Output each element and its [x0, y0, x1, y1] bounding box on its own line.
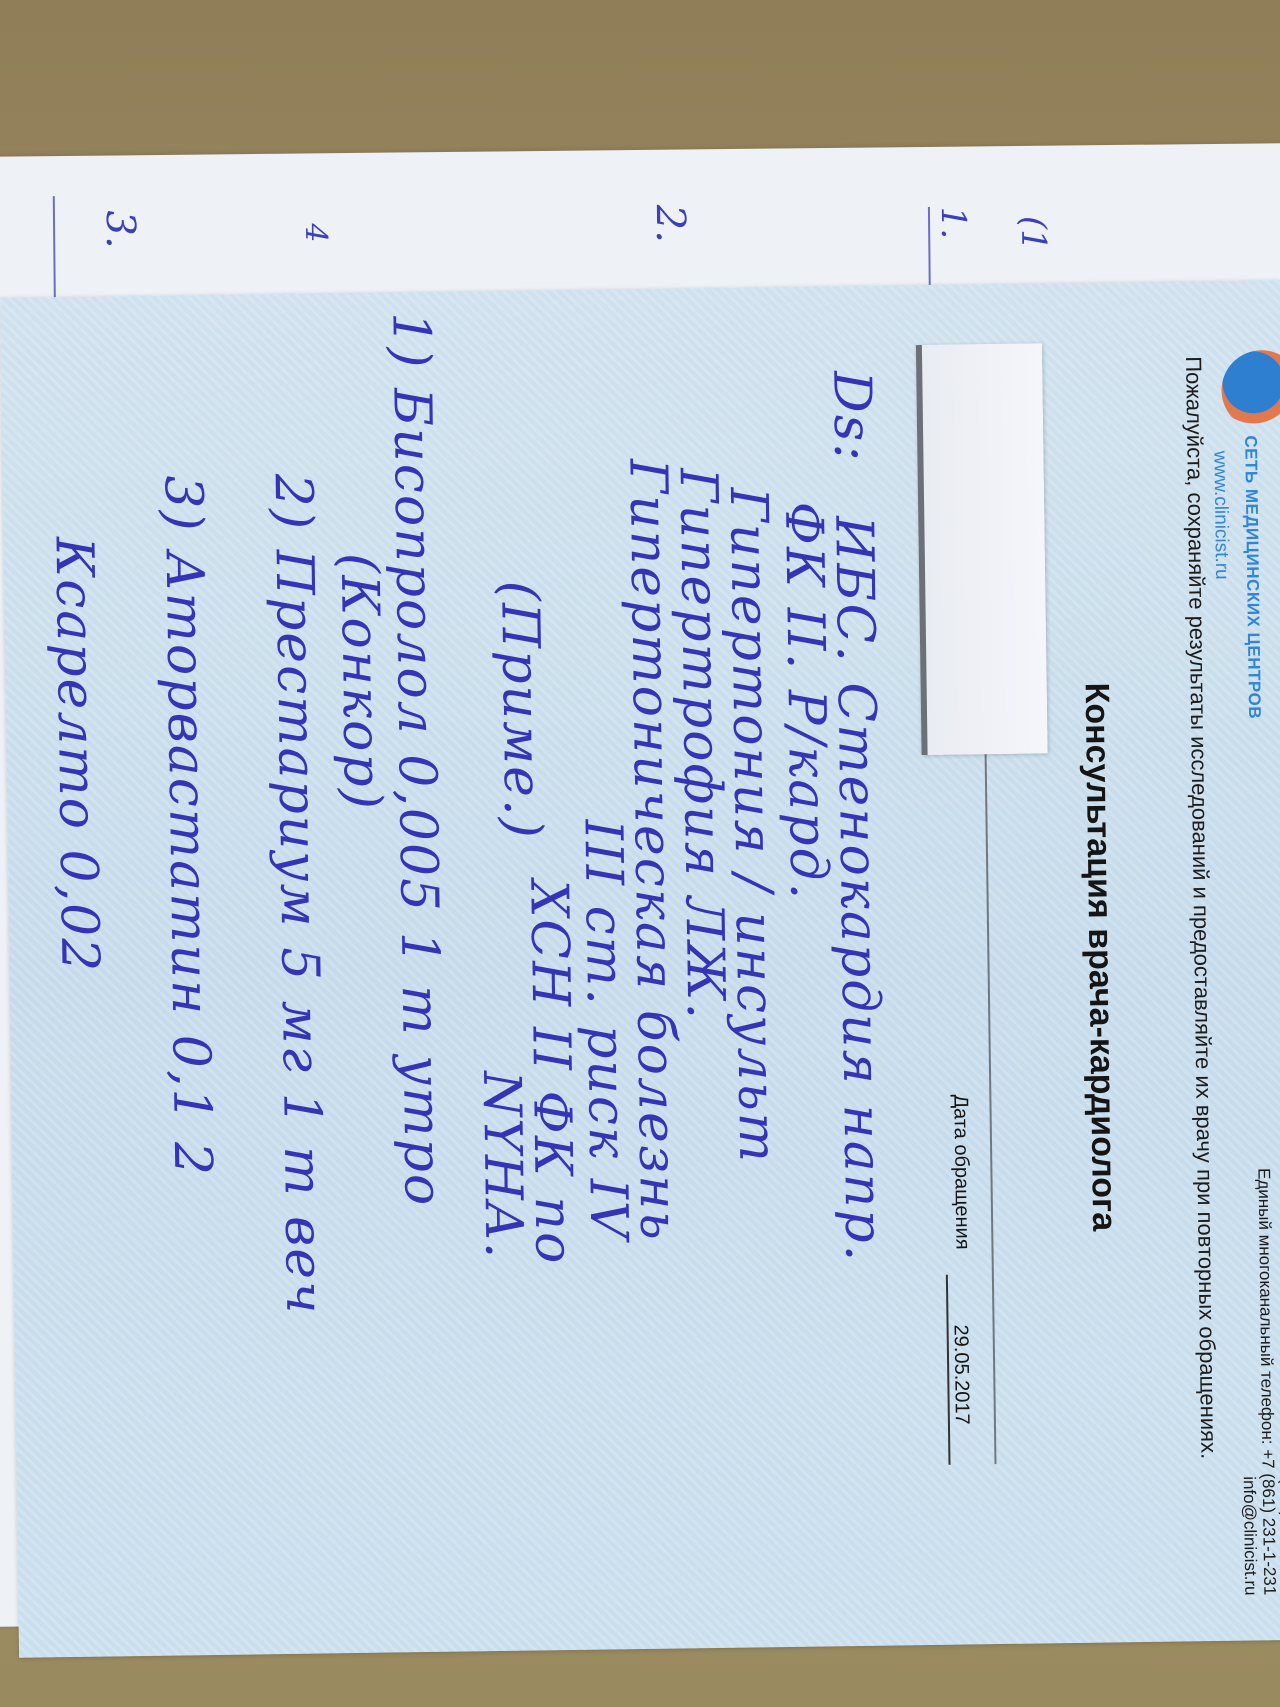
clinic-contacts: 8(861)263-03-80 Единый многоканальный те… [1237, 1265, 1280, 1596]
prescription-line: (Конкор) [329, 552, 393, 811]
diagnosis-prefix: Ds: [821, 371, 882, 464]
patient-name-cover [916, 343, 1048, 755]
clinic-subtitle: СЕТЬ МЕДИЦИНСКИХ ЦЕНТРОВ [1240, 435, 1264, 719]
underlying-number: 1. [933, 206, 973, 239]
underlying-fragment: (1 [1013, 216, 1053, 251]
diagnosis-line: ФК II. Р/кард. [773, 501, 839, 901]
diagnosis-line: (Приме.) [489, 580, 553, 840]
visit-date-value: 29.05.2017 [949, 1324, 973, 1424]
page-title: Консультация врача-кардиолога [1077, 682, 1124, 1231]
underlying-number: 3. [97, 210, 143, 249]
diagnosis-line: NYHA. [471, 1071, 534, 1261]
visit-date-label: Дата обращения [948, 1094, 973, 1249]
consultation-form: СЕТЬ МЕДИЦИНСКИХ ЦЕНТРОВ www.clinicist.r… [0, 280, 1280, 1658]
underlying-fragment: 4 [298, 223, 333, 242]
clinic-logo-icon [1221, 350, 1280, 431]
prescription-line: Ксарелто 0,02 [43, 536, 109, 973]
underlying-number: 2. [647, 204, 693, 243]
prescription-line: 2) Престариум 5 мг 1 т веч [263, 473, 335, 1315]
clinic-website-link[interactable]: www.clinicist.ru [1208, 451, 1232, 580]
prescription-line: 3) Аторвастатин 0,1 2 [153, 475, 223, 1178]
